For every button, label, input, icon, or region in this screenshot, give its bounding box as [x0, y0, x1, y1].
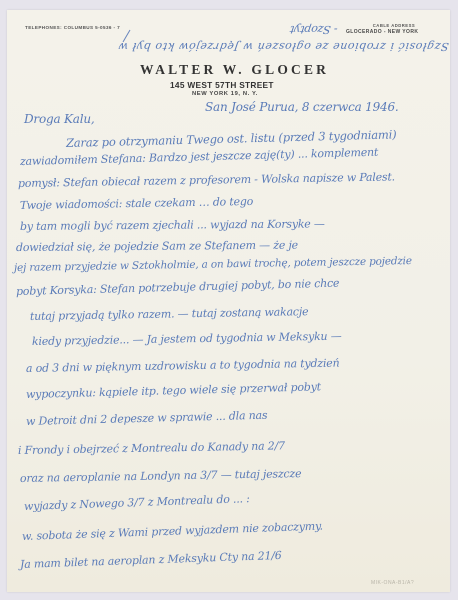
letterhead-cable-address: GLOCERADO - NEW YORK — [346, 29, 418, 35]
letterhead-city: NEW YORK 19, N. Y. — [192, 91, 258, 97]
letterhead-name: WALTER W. GLOCER — [140, 62, 329, 78]
body-line: by tam mogli być razem zjechali ... wyja… — [20, 217, 325, 233]
place-date: San José Purua, 8 czerwca 1946. — [205, 100, 399, 114]
letterhead-street: 145 WEST 57TH STREET — [170, 80, 274, 90]
body-line: dowiedział się, że pojedzie Sam ze Stefa… — [16, 239, 298, 254]
archive-stamp: MIK-ONA-B1/A? — [371, 580, 414, 586]
letterhead-telephone: TELEPHONES: COLUMBUS 5-0536 - 7 — [25, 25, 120, 30]
inverted-note-1: - Szoptyt — [289, 23, 338, 36]
salutation: Droga Kalu, — [24, 112, 95, 126]
inverted-note-2: Szgłosić i zrobione ze ogłoszeń w Jędrze… — [117, 40, 449, 53]
letterhead-cable-label: CABLE ADDRESS — [364, 23, 424, 28]
